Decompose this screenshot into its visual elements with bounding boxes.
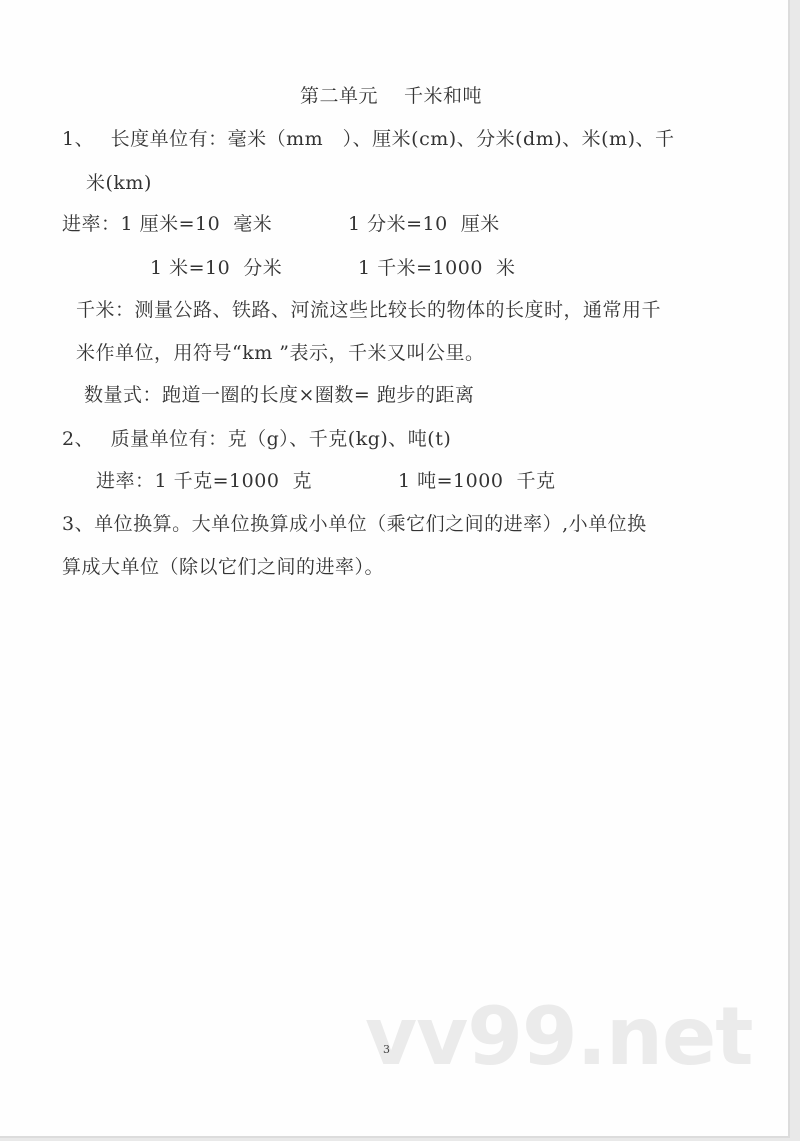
watermark: vv99.net [365, 990, 752, 1083]
page-title: 第二单元 千米和吨 [300, 84, 482, 108]
conversion-line-cont: 算成大单位（除以它们之间的进率）。 [62, 555, 384, 579]
rate-t-kg: 1 吨=1000 千克 [398, 469, 555, 493]
document-page: 第二单元 千米和吨 1、 长度单位有：毫米（mm ）、厘米(cm)、分米(dm)… [0, 0, 790, 1138]
conversion-line: 3、单位换算。大单位换算成小单位（乘它们之间的进率）,小单位换 [62, 512, 647, 536]
km-usage-line-cont: 米作单位，用符号“km ”表示，千米又叫公里。 [76, 341, 485, 365]
rate-m-dm: 1 米=10 分米 [150, 256, 282, 280]
formula-line: 数量式：跑道一圈的长度×圈数= 跑步的距离 [84, 383, 474, 407]
rate-kg-g: 进率：1 千克=1000 克 [96, 469, 312, 493]
mass-units-line: 2、 质量单位有：克（g）、千克(kg)、吨(t) [62, 427, 451, 451]
rate-cm-mm: 进率：1 厘米=10 毫米 [62, 212, 272, 236]
length-units-line: 1、 长度单位有：毫米（mm ）、厘米(cm)、分米(dm)、米(m)、千 [62, 127, 675, 151]
rate-dm-cm: 1 分米=10 厘米 [348, 212, 500, 236]
length-units-line-cont: 米(km) [86, 171, 152, 195]
km-usage-line: 千米：测量公路、铁路、河流这些比较长的物体的长度时，通常用千 [76, 298, 661, 322]
rate-km-m: 1 千米=1000 米 [358, 256, 515, 280]
page-number: 3 [383, 1043, 390, 1056]
